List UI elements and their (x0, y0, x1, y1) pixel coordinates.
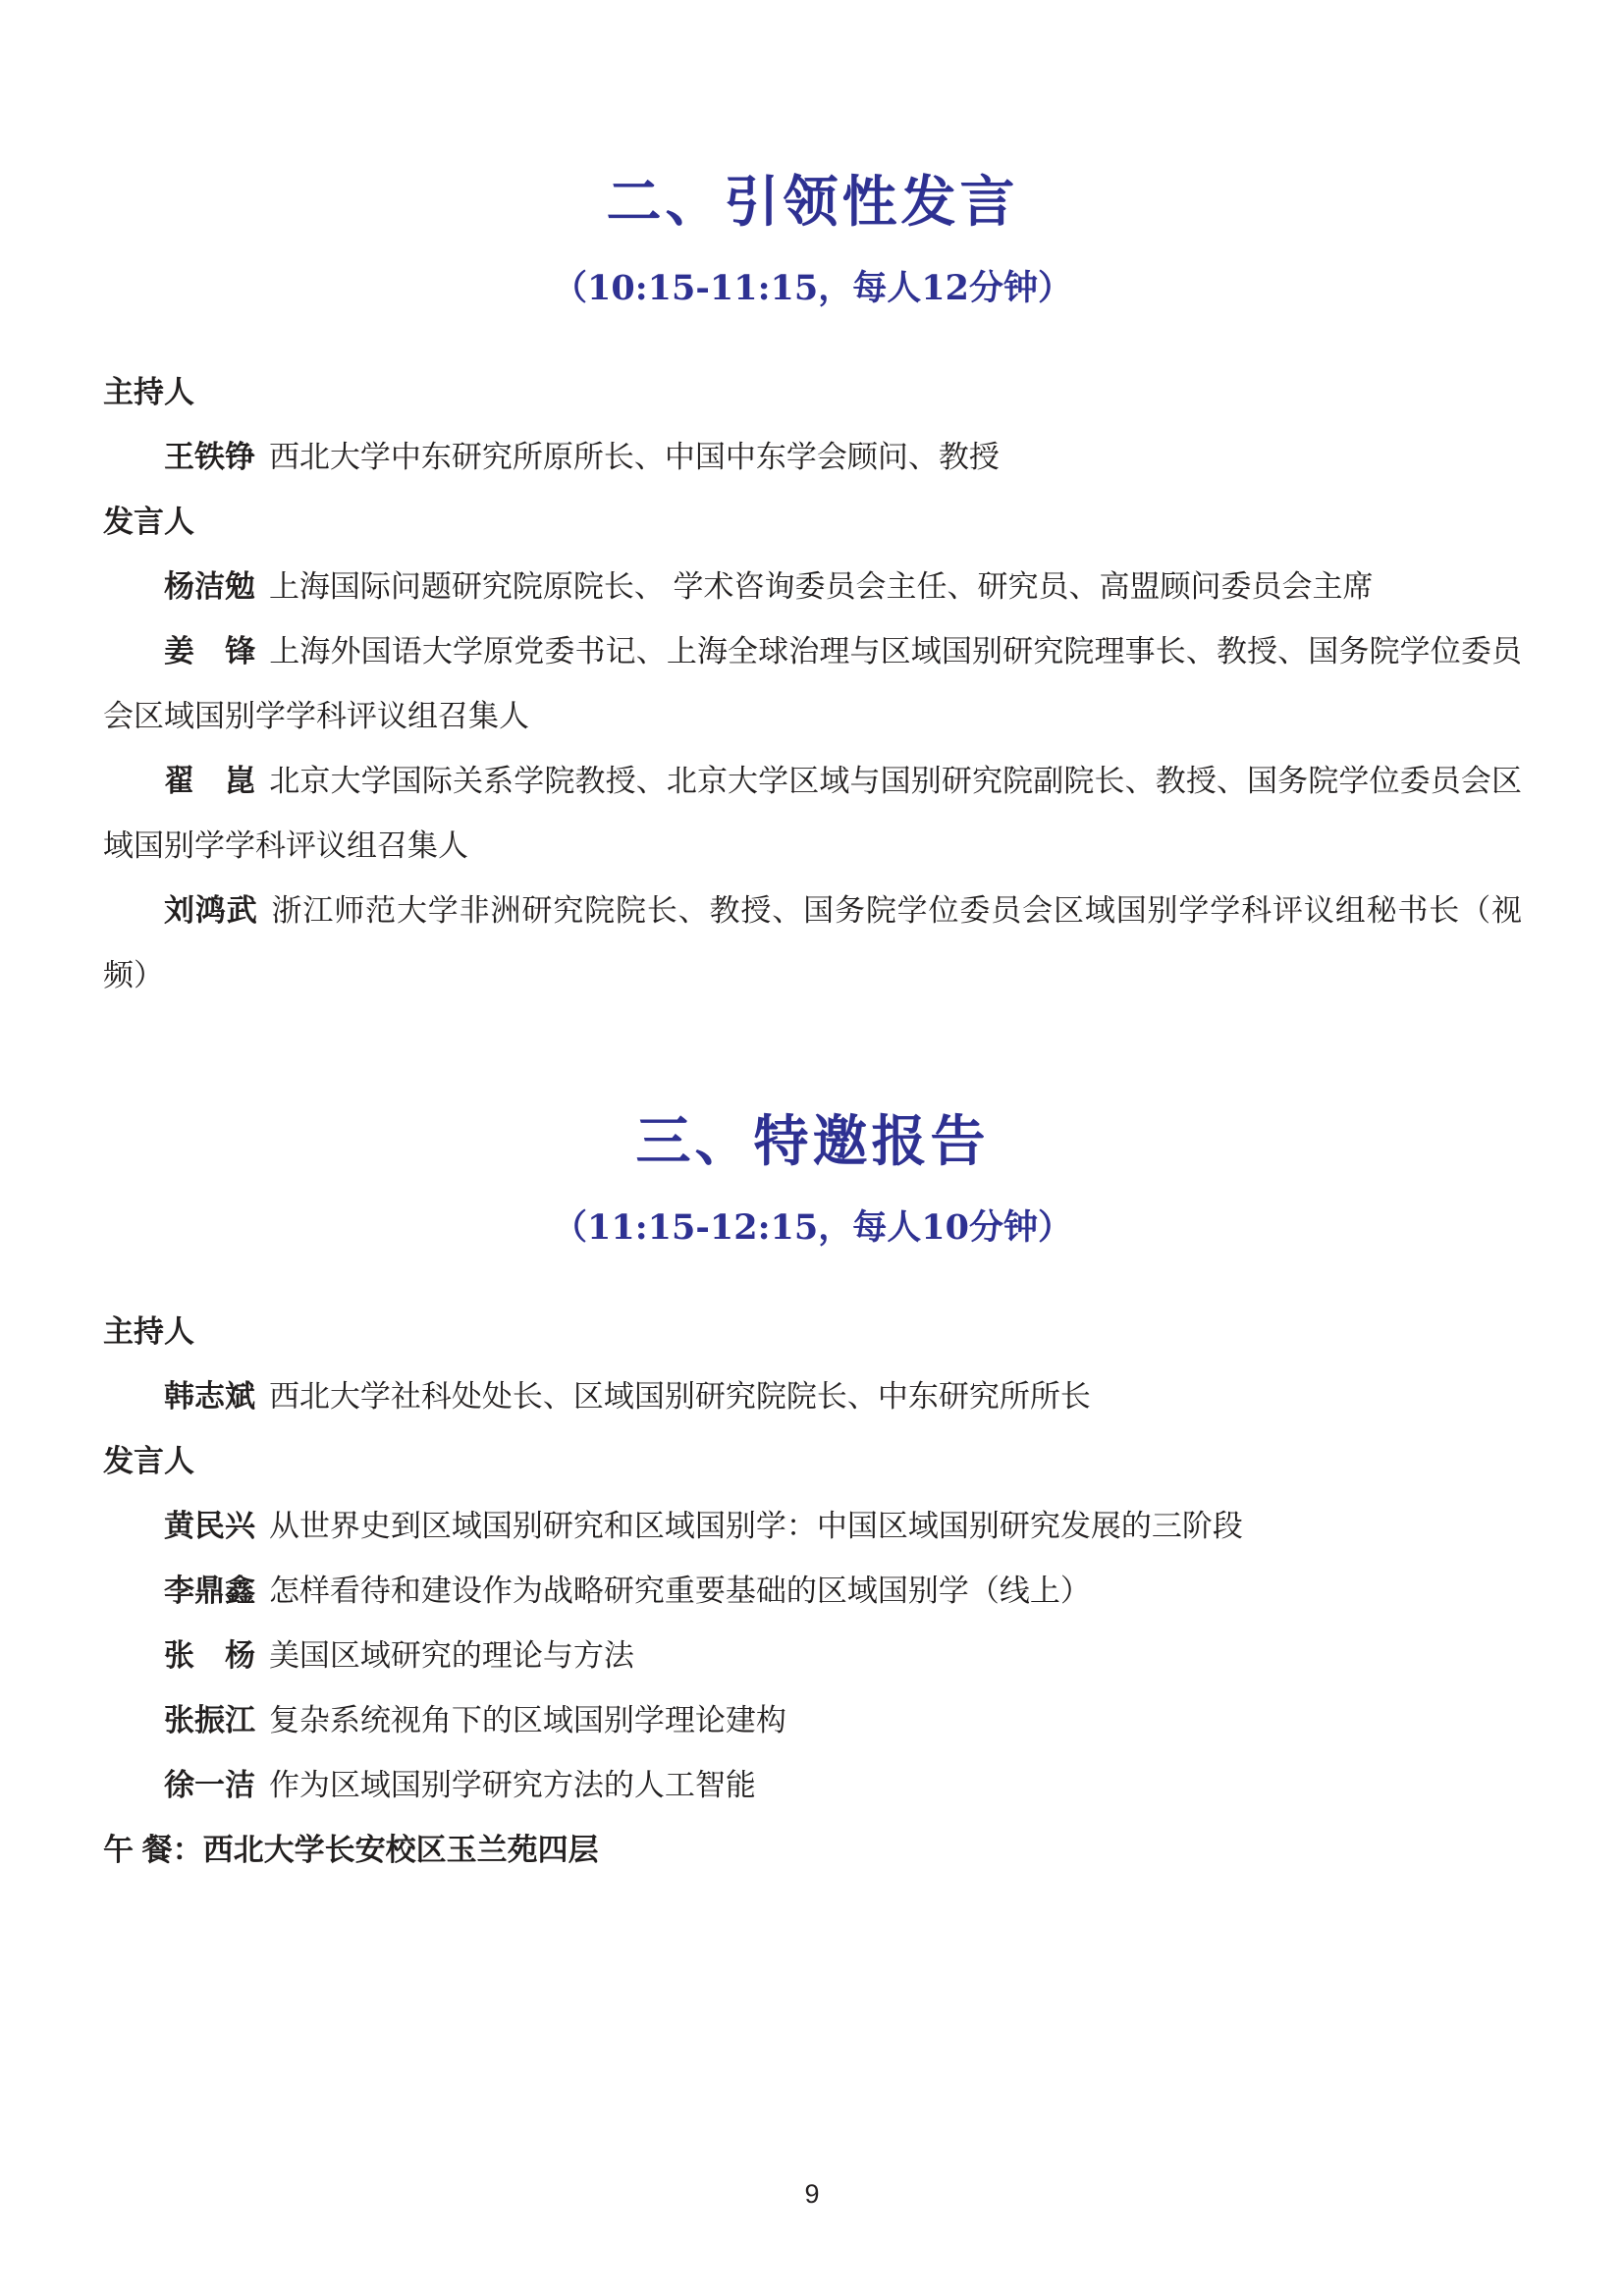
speaker-entry: 李鼎鑫怎样看待和建设作为战略研究重要基础的区域国别学（线上） (103, 1559, 1522, 1624)
speaker-entry: 徐一洁作为区域国别学研究方法的人工智能 (103, 1753, 1522, 1818)
speaker-entry: 韩志斌西北大学社科处处长、区域国别研究院院长、中东研究所所长 (103, 1364, 1522, 1429)
section-title: 二、引领性发言 (103, 167, 1522, 239)
speaker-name: 姜 锋 (164, 634, 255, 668)
section-body: 主持人王铁铮西北大学中东研究所原所长、中国中东学会顾问、教授发言人杨洁勉上海国际… (103, 360, 1522, 1008)
speaker-desc: 复杂系统视角下的区域国别学理论建构 (269, 1703, 786, 1737)
speaker-desc: 上海国际问题研究院原院长、 学术咨询委员会主任、研究员、高盟顾问委员会主席 (269, 569, 1374, 604)
lunch-label: 午 餐： (103, 1833, 203, 1867)
role-label: 发言人 (103, 490, 1522, 555)
speaker-name: 刘鸿武 (164, 893, 258, 928)
section-title: 三、特邀报告 (103, 1106, 1522, 1178)
speaker-name: 韩志斌 (164, 1379, 255, 1414)
role-label: 主持人 (103, 1300, 1522, 1364)
speaker-entry: 张 杨美国区域研究的理论与方法 (103, 1624, 1522, 1688)
document-page: 二、引领性发言 （10:15-11:15，每人12分钟） 主持人王铁铮西北大学中… (0, 0, 1624, 2296)
section-body: 主持人韩志斌西北大学社科处处长、区域国别研究院院长、中东研究所所长发言人黄民兴从… (103, 1300, 1522, 1818)
speaker-entry: 刘鸿武浙江师范大学非洲研究院院长、教授、国务院学位委员会区域国别学学科评议组秘书… (103, 879, 1522, 1008)
speaker-entry: 杨洁勉上海国际问题研究院原院长、 学术咨询委员会主任、研究员、高盟顾问委员会主席 (103, 555, 1522, 619)
speaker-desc: 浙江师范大学非洲研究院院长、教授、国务院学位委员会区域国别学学科评议组秘书长（视… (103, 893, 1522, 992)
section-time: （11:15-12:15，每人10分钟） (103, 1205, 1522, 1251)
speaker-entry: 王铁铮西北大学中东研究所原所长、中国中东学会顾问、教授 (103, 425, 1522, 490)
speaker-entry: 翟 崑北京大学国际关系学院教授、北京大学区域与国别研究院副院长、教授、国务院学位… (103, 749, 1522, 879)
section-leading-speeches: 二、引领性发言 （10:15-11:15，每人12分钟） 主持人王铁铮西北大学中… (103, 167, 1522, 1008)
speaker-name: 李鼎鑫 (164, 1574, 255, 1608)
section-invited-reports: 三、特邀报告 （11:15-12:15，每人10分钟） 主持人韩志斌西北大学社科… (103, 1106, 1522, 1883)
speaker-desc: 西北大学中东研究所原所长、中国中东学会顾问、教授 (269, 440, 1000, 474)
speaker-desc: 美国区域研究的理论与方法 (269, 1638, 634, 1673)
speaker-desc: 西北大学社科处处长、区域国别研究院院长、中东研究所所长 (269, 1379, 1091, 1414)
speaker-entry: 黄民兴从世界史到区域国别研究和区域国别学：中国区域国别研究发展的三阶段 (103, 1494, 1522, 1559)
speaker-desc: 从世界史到区域国别研究和区域国别学：中国区域国别研究发展的三阶段 (269, 1509, 1243, 1543)
speaker-desc: 北京大学国际关系学院教授、北京大学区域与国别研究院副院长、教授、国务院学位委员会… (103, 764, 1522, 863)
speaker-entry: 张振江复杂系统视角下的区域国别学理论建构 (103, 1688, 1522, 1753)
speaker-name: 黄民兴 (164, 1509, 255, 1543)
lunch-line: 午 餐：西北大学长安校区玉兰苑四层 (103, 1818, 1522, 1883)
speaker-name: 徐一洁 (164, 1768, 255, 1802)
section-time: （10:15-11:15，每人12分钟） (103, 266, 1522, 311)
speaker-name: 杨洁勉 (164, 569, 255, 604)
page-number: 9 (0, 2179, 1624, 2210)
lunch-venue: 西北大学长安校区玉兰苑四层 (203, 1833, 599, 1867)
content: 二、引领性发言 （10:15-11:15，每人12分钟） 主持人王铁铮西北大学中… (103, 0, 1522, 1883)
role-label: 发言人 (103, 1429, 1522, 1494)
speaker-desc: 作为区域国别学研究方法的人工智能 (269, 1768, 756, 1802)
speaker-desc: 上海外国语大学原党委书记、上海全球治理与区域国别研究院理事长、教授、国务院学位委… (103, 634, 1522, 733)
speaker-entry: 姜 锋上海外国语大学原党委书记、上海全球治理与区域国别研究院理事长、教授、国务院… (103, 619, 1522, 749)
speaker-name: 张 杨 (164, 1638, 255, 1673)
speaker-name: 王铁铮 (164, 440, 255, 474)
role-label: 主持人 (103, 360, 1522, 425)
speaker-name: 翟 崑 (164, 764, 255, 798)
speaker-desc: 怎样看待和建设作为战略研究重要基础的区域国别学（线上） (269, 1574, 1091, 1608)
speaker-name: 张振江 (164, 1703, 255, 1737)
